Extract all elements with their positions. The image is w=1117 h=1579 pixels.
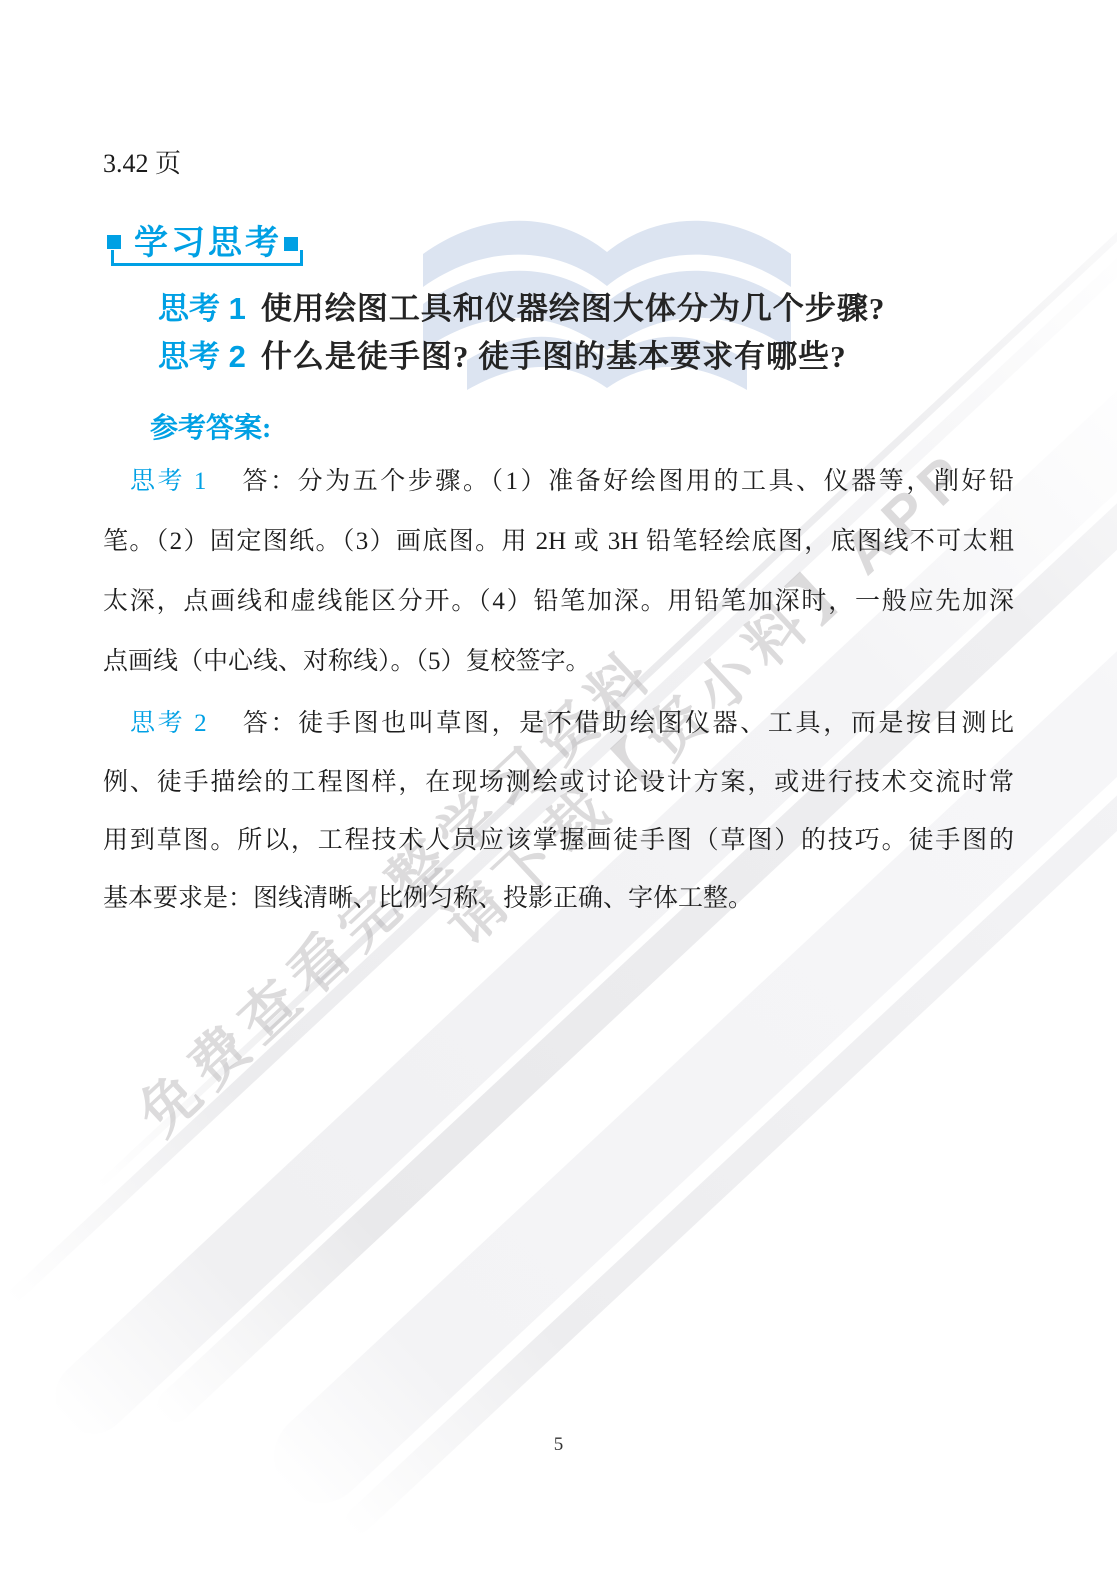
- answer-1-line-1-text: 答：分为五个步骤。（1）准备好绘图用的工具、仪器等，削好铅: [212, 468, 1014, 495]
- question-1-label: 思考 1: [158, 283, 246, 328]
- answer-1-line-2: 笔。（2）固定图纸。（3）画底图。用 2H 或 3H 铅笔轻绘底图，底图线不可太…: [103, 524, 1014, 560]
- page-reference: 3.42 页: [103, 143, 181, 180]
- answer-2-line-1-text: 答：徒手图也叫草图，是不借助绘图仪器、工具，而是按目测比: [213, 710, 1014, 737]
- question-1: 思考 1 使用绘图工具和仪器绘图大体分为几个步骤?: [158, 283, 885, 331]
- question-2-label: 思考 2: [158, 331, 246, 376]
- document-page: 免费查看完整学习资料 请下载【资小料】APP 3.42 页 学习思考 思考 1 …: [0, 0, 1117, 1579]
- answer-1-line-3: 太深，点画线和虚线能区分开。（4）铅笔加深。用铅笔加深时，一般应先加深: [103, 584, 1014, 620]
- answers-heading: 参考答案:: [150, 406, 271, 446]
- section-header: 学习思考: [105, 219, 315, 271]
- question-1-text: 使用绘图工具和仪器绘图大体分为几个步骤?: [261, 283, 886, 328]
- answer-1-line-4: 点画线（中心线、对称线）。（5）复校签字。: [103, 644, 1014, 680]
- question-list: 思考 1 使用绘图工具和仪器绘图大体分为几个步骤? 思考 2 什么是徒手图? 徒…: [158, 283, 885, 379]
- answer-2-label: 思考 2: [130, 710, 207, 737]
- page-content: 3.42 页 学习思考 思考 1 使用绘图工具和仪器绘图大体分为几个步骤? 思考…: [0, 0, 1117, 1579]
- answer-2-line-4: 基本要求是：图线清晰、比例匀称、投影正确、字体工整。: [103, 881, 1014, 917]
- decor-square-left: [107, 235, 121, 249]
- decor-square-right: [284, 237, 298, 251]
- answer-2-line-1: 思考 2 答：徒手图也叫草图，是不借助绘图仪器、工具，而是按目测比: [103, 706, 1014, 742]
- answer-2-line-3: 用到草图。所以，工程技术人员应该掌握画徒手图（草图）的技巧。徒手图的: [103, 823, 1014, 859]
- question-2: 思考 2 什么是徒手图? 徒手图的基本要求有哪些?: [158, 331, 885, 379]
- answer-1-label: 思考 1: [130, 468, 206, 495]
- decor-bracket: [111, 250, 303, 266]
- answer-1-line-1: 思考 1 答：分为五个步骤。（1）准备好绘图用的工具、仪器等，削好铅: [103, 464, 1014, 500]
- question-2-text: 什么是徒手图? 徒手图的基本要求有哪些?: [261, 331, 847, 376]
- answer-2-line-2: 例、徒手描绘的工程图样，在现场测绘或讨论设计方案，或进行技术交流时常: [103, 765, 1014, 801]
- page-number: 5: [0, 1434, 1117, 1456]
